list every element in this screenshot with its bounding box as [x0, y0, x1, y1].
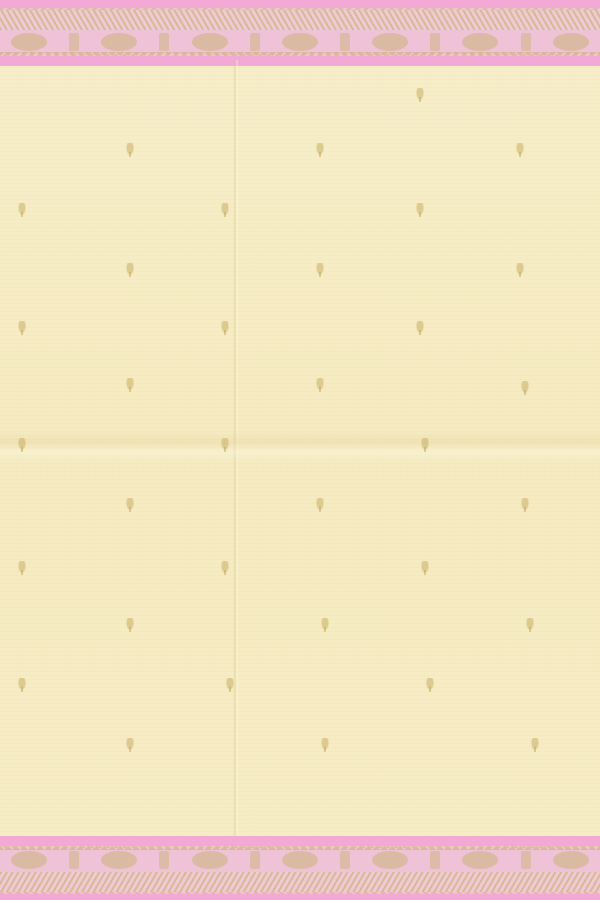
butta-motif [415, 88, 425, 102]
paisley-motif [372, 851, 408, 869]
butta-motif [125, 618, 135, 632]
top-border [0, 0, 600, 72]
saree-fabric [0, 0, 600, 900]
motif-separator [159, 33, 169, 51]
motif-separator [430, 33, 440, 51]
butta-motif [220, 321, 230, 335]
motif-row [0, 848, 600, 872]
motif-separator [69, 33, 79, 51]
butta-motif [420, 438, 430, 452]
zari-band [0, 8, 600, 56]
butta-motif [17, 321, 27, 335]
butta-motif [220, 203, 230, 217]
paisley-motif [101, 33, 137, 51]
paisley-motif [192, 33, 228, 51]
butta-motif [125, 263, 135, 277]
butta-motif [320, 738, 330, 752]
butta-motif [415, 321, 425, 335]
butta-motif [315, 378, 325, 392]
paisley-motif [553, 851, 589, 869]
butta-motif [220, 438, 230, 452]
motif-separator [430, 851, 440, 869]
butta-motif [17, 203, 27, 217]
butta-motif [420, 561, 430, 575]
horizontal-fold [0, 432, 600, 462]
butta-motif [530, 738, 540, 752]
motif-separator [250, 33, 260, 51]
butta-motif [425, 678, 435, 692]
motif-separator [521, 33, 531, 51]
butta-motif [225, 678, 235, 692]
paisley-motif [462, 851, 498, 869]
paisley-motif [192, 851, 228, 869]
butta-motif [125, 498, 135, 512]
butta-motif [525, 618, 535, 632]
zari-band [0, 846, 600, 894]
butta-motif [415, 203, 425, 217]
butta-motif [315, 263, 325, 277]
paisley-motif [11, 851, 47, 869]
butta-motif [520, 498, 530, 512]
butta-motif [315, 143, 325, 157]
butta-motif [320, 618, 330, 632]
motif-separator [69, 851, 79, 869]
butta-motif [17, 438, 27, 452]
pink-inner-line [0, 56, 600, 66]
paisley-motif [282, 33, 318, 51]
chevron-pattern [0, 872, 600, 892]
butta-motif [220, 561, 230, 575]
paisley-motif [11, 33, 47, 51]
motif-separator [340, 851, 350, 869]
butta-motif [125, 738, 135, 752]
paisley-motif [372, 33, 408, 51]
butta-motif [315, 498, 325, 512]
motif-separator [521, 851, 531, 869]
butta-motif [17, 561, 27, 575]
butta-motif [515, 143, 525, 157]
butta-motif [520, 381, 530, 395]
butta-motif [125, 143, 135, 157]
pink-inner-line [0, 836, 600, 846]
paisley-motif [282, 851, 318, 869]
paisley-motif [553, 33, 589, 51]
chevron-pattern [0, 10, 600, 30]
motif-separator [159, 851, 169, 869]
butta-motif [17, 678, 27, 692]
paisley-motif [101, 851, 137, 869]
butta-motif [515, 263, 525, 277]
paisley-motif [462, 33, 498, 51]
pink-selvedge [0, 894, 600, 900]
bottom-border [0, 830, 600, 900]
motif-separator [340, 33, 350, 51]
motif-separator [250, 851, 260, 869]
butta-motif [125, 378, 135, 392]
pink-selvedge [0, 0, 600, 8]
motif-row [0, 30, 600, 54]
